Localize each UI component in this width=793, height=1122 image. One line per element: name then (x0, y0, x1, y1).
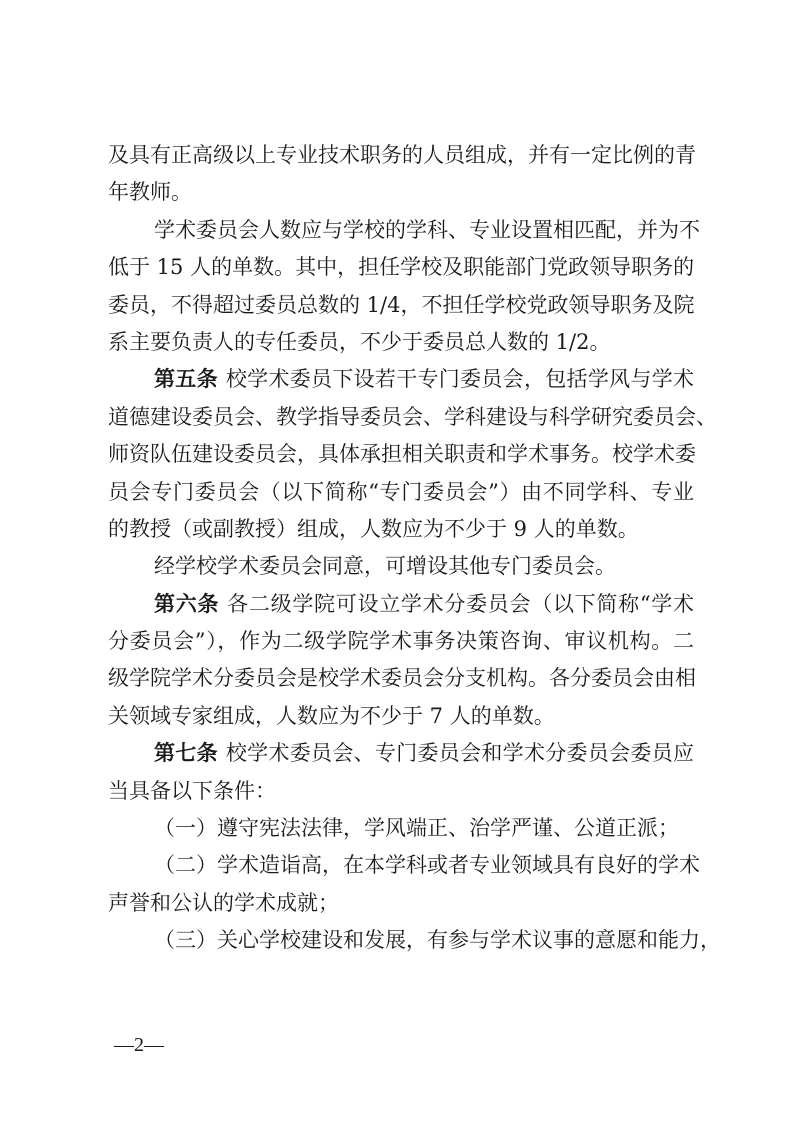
document-page: 及具有正高级以上专业技术职务的人员组成，并有一定比例的青 年教师。 学术委员会人… (0, 0, 793, 1122)
list-item-1: （一）遵守宪法法律，学风端正、治学严谨、公道正派； (108, 810, 694, 847)
article-number: 第六条 (154, 592, 219, 616)
list-item-3: （三）关心学校建设和发展，有参与学术议事的意愿和能力， (108, 922, 694, 959)
article-number: 第五条 (154, 367, 218, 391)
line-text: （三）关心学校建设和发展，有参与学术议事的意愿和能力， (154, 928, 721, 952)
text-line-5: 委员，不得超过委员总数的 1/4，不担任学校党政领导职务及院 (108, 287, 694, 324)
text-line-16: 关领域专家组成，人数应为不少于 7 人的单数。 (108, 698, 694, 735)
article-5-heading-line: 第五条校学术委员下设若干专门委员会，包括学风与学术 (108, 361, 694, 398)
line-text: 低于 15 人的单数。其中，担任学校及职能部门党政领导职务的 (108, 255, 694, 279)
line-text: 学术委员会人数应与学校的学科、专业设置相匹配，并为不 (154, 218, 700, 242)
line-text: 系主要负责人的专任委员，不少于委员总人数的 1/2。 (108, 330, 610, 354)
text-line-15: 级学院学术分委员会是校学术委员会分支机构。各分委员会由相 (108, 660, 694, 697)
text-line-4: 低于 15 人的单数。其中，担任学校及职能部门党政领导职务的 (108, 249, 694, 286)
line-text: 道德建设委员会、教学指导委员会、学科建设与科学研究委员会、 (108, 405, 717, 429)
line-text: 分委员会”），作为二级学院学术事务决策咨询、审议机构。二 (108, 629, 694, 653)
text-line-12: 经学校学术委员会同意，可增设其他专门委员会。 (108, 548, 694, 585)
text-line-8: 道德建设委员会、教学指导委员会、学科建设与科学研究委员会、 (108, 399, 694, 436)
line-text: 委员，不得超过委员总数的 1/4，不担任学校党政领导职务及院 (108, 293, 694, 317)
article-7-heading-line: 第七条校学术委员会、专门委员会和学术分委员会委员应 (108, 735, 694, 772)
text-line-1: 及具有正高级以上专业技术职务的人员组成，并有一定比例的青 (108, 137, 694, 174)
line-text: （一）遵守宪法法律，学风端正、治学严谨、公道正派； (154, 816, 679, 840)
line-text: 校学术委员下设若干专门委员会，包括学风与学术 (226, 367, 694, 391)
line-text: 校学术委员会、专门委员会和学术分委员会委员应 (226, 741, 694, 765)
line-text: 及具有正高级以上专业技术职务的人员组成，并有一定比例的青 (108, 143, 696, 167)
text-line-3: 学术委员会人数应与学校的学科、专业设置相匹配，并为不 (108, 212, 694, 249)
line-text: 员会专门委员会（以下简称“专门委员会”）由不同学科、专业 (108, 480, 694, 504)
line-text: （二）学术造诣高，在本学科或者专业领域具有良好的学术 (154, 853, 700, 877)
article-number: 第七条 (154, 741, 218, 765)
list-item-2: （二）学术造诣高，在本学科或者专业领域具有良好的学术 (108, 847, 694, 884)
line-text: 级学院学术分委员会是校学术委员会分支机构。各分委员会由相 (108, 666, 696, 690)
line-text: 各二级学院可设立学术分委员会（以下简称“学术 (227, 592, 694, 616)
line-text: 当具备以下条件： (108, 779, 276, 803)
line-text: 年教师。 (108, 180, 192, 204)
text-line-14: 分委员会”），作为二级学院学术事务决策咨询、审议机构。二 (108, 623, 694, 660)
line-text: 的教授（或副教授）组成，人数应为不少于 9 人的单数。 (108, 517, 639, 541)
text-line-9: 师资队伍建设委员会，具体承担相关职责和学术事务。校学术委 (108, 436, 694, 473)
text-line-10: 员会专门委员会（以下简称“专门委员会”）由不同学科、专业 (108, 474, 694, 511)
line-text: 关领域专家组成，人数应为不少于 7 人的单数。 (108, 704, 555, 728)
document-body: 及具有正高级以上专业技术职务的人员组成，并有一定比例的青 年教师。 学术委员会人… (108, 137, 694, 960)
article-6-heading-line: 第六条各二级学院可设立学术分委员会（以下简称“学术 (108, 586, 694, 623)
line-text: 师资队伍建设委员会，具体承担相关职责和学术事务。校学术委 (108, 442, 696, 466)
page-number: —2— (114, 1034, 164, 1057)
text-line-2: 年教师。 (108, 174, 694, 211)
text-line-6: 系主要负责人的专任委员，不少于委员总人数的 1/2。 (108, 324, 694, 361)
text-line-18: 当具备以下条件： (108, 773, 694, 810)
line-text: 经学校学术委员会同意，可增设其他专门委员会。 (154, 554, 616, 578)
text-line-21: 声誉和公认的学术成就； (108, 885, 694, 922)
line-text: 声誉和公认的学术成就； (108, 891, 339, 915)
text-line-11: 的教授（或副教授）组成，人数应为不少于 9 人的单数。 (108, 511, 694, 548)
